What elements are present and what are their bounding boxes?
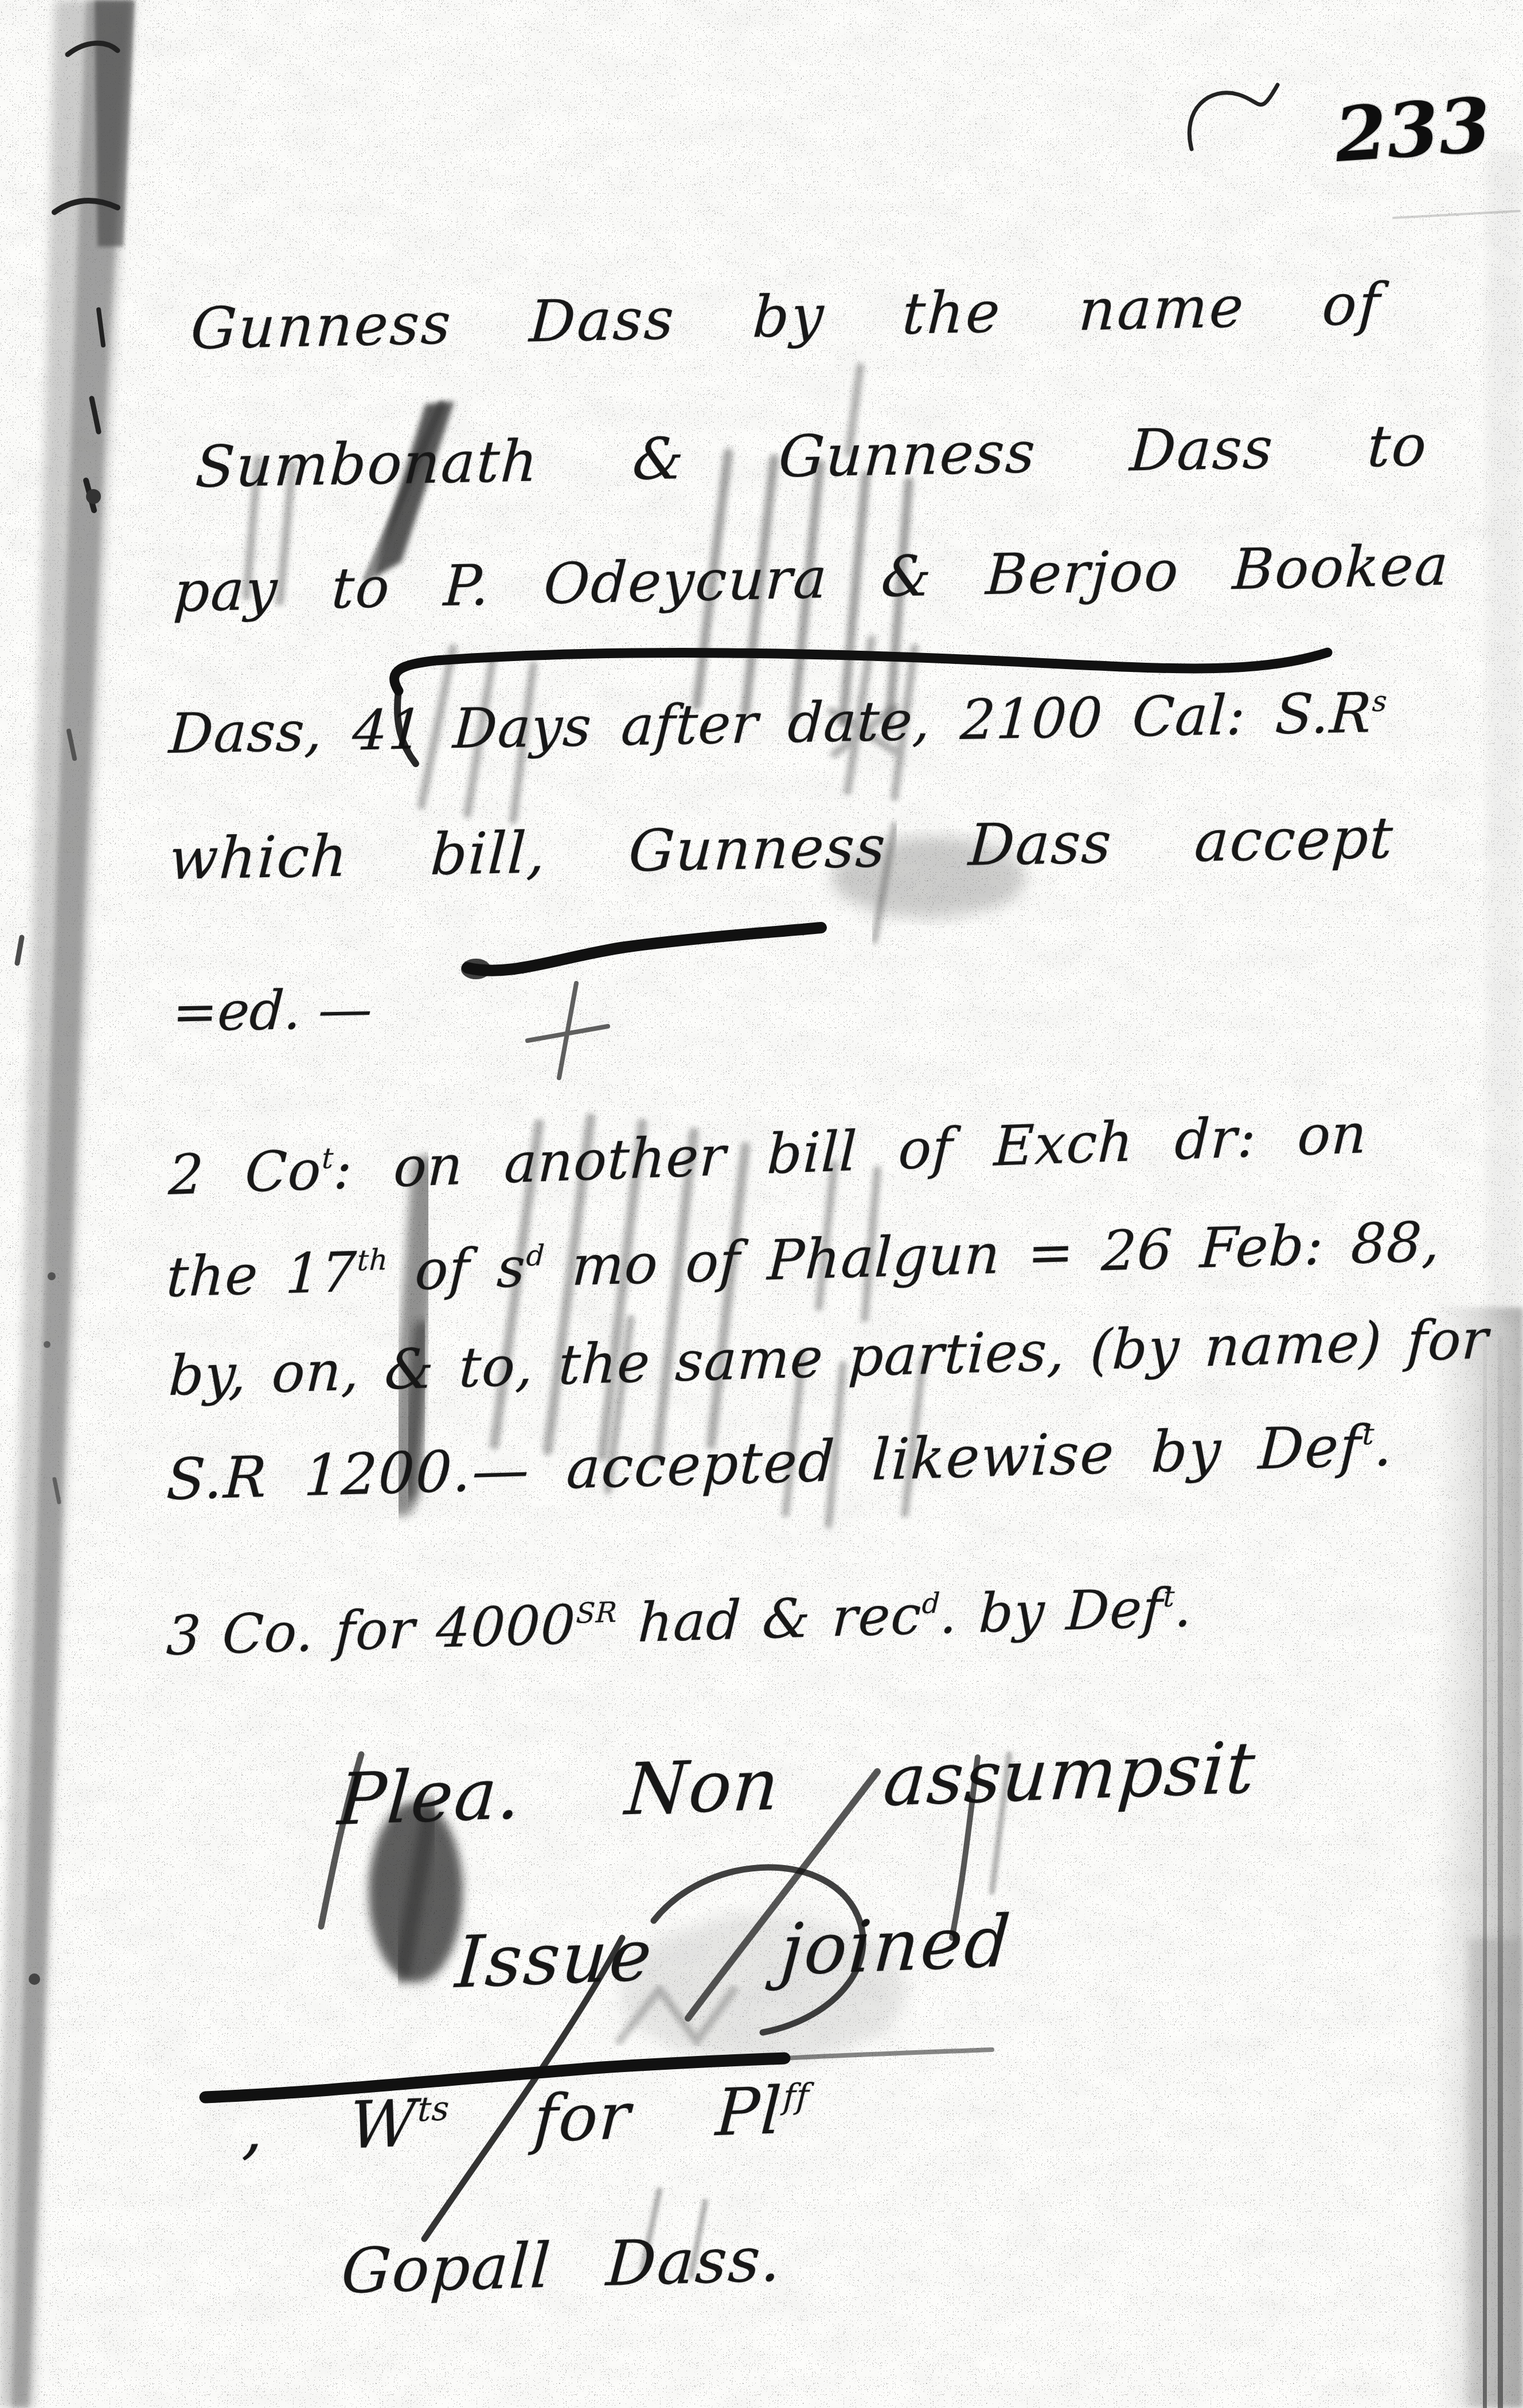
line-11-c: . by Def: [939, 1577, 1164, 1646]
manuscript-line-13: Issue joined: [453, 1900, 1014, 2004]
manuscript-line-12: Plea. Non assumpsit: [335, 1727, 1259, 1842]
underline-gunness-dass: [461, 928, 821, 979]
corner-squiggle-mark: [1189, 85, 1278, 149]
manuscript-line-7: 2 Cot: on another bill of Exch dr: on: [167, 1101, 1368, 1207]
line-10-sup-t: t: [1362, 1417, 1376, 1452]
line-8-sup-th: th: [357, 1243, 389, 1277]
manuscript-page: 233 Gunness Dass by the name of Sumbonat…: [0, 0, 1523, 2408]
binding-stitch-marks: [54, 43, 118, 1502]
line-14-a: , W: [241, 2085, 419, 2167]
line-7-superscript: t: [321, 1142, 334, 1175]
page-number: 233: [1332, 81, 1493, 179]
manuscript-line-5: which bill, Gunness Dass accept: [167, 804, 1395, 893]
manuscript-line-4: Dass, 41 Days after date, 2100 Cal: S.Rs: [167, 681, 1389, 766]
line-14-sup-ts: ts: [417, 2088, 451, 2129]
manuscript-line-9: by, on, & to, the same parties, (by name…: [167, 1307, 1490, 1408]
manuscript-line-1: Gunness Dass by the name of: [189, 270, 1383, 362]
line-8-b: of s: [386, 1235, 527, 1303]
line-11-period: .: [1173, 1577, 1193, 1640]
plus-mark: [528, 983, 608, 1078]
line-8-a: the 17: [165, 1240, 358, 1309]
manuscript-line-6: =ed. —: [171, 978, 374, 1044]
line-11-sup-sr: SR: [575, 1596, 618, 1630]
line-11-sup-t: t: [1163, 1580, 1176, 1613]
line-4-main: Dass, 41 Days after date, 2100 Cal: S.R: [167, 681, 1373, 766]
manuscript-line-14: , Wts for Plff: [241, 2071, 810, 2167]
line-11-a: 3 Co. for 4000: [165, 1594, 577, 1668]
line-8-sup-d: d: [525, 1238, 545, 1272]
manuscript-line-10: S.R 1200.— accepted likewise by Deft.: [165, 1413, 1395, 1513]
faint-dash-right: [1393, 211, 1520, 218]
line-14-sup-ff: ff: [782, 2075, 810, 2116]
manuscript-line-2: Sumbonath & Gunness Dass to: [194, 412, 1429, 501]
line-14-b: for Pl: [447, 2073, 784, 2160]
manuscript-line-3: pay to P. Odeycura & Berjoo Bookea: [172, 533, 1451, 625]
line-11-sup-d: d: [921, 1587, 942, 1620]
line-7-main: 2 Co: [167, 1137, 323, 1207]
line-4-superscript: s: [1372, 685, 1389, 718]
manuscript-line-15: Gopall Dass.: [339, 2223, 784, 2308]
right-edge-noise: [1434, 149, 1523, 2408]
manuscript-line-11: 3 Co. for 4000SR had & recd. by Deft.: [165, 1577, 1194, 1668]
line-10-main: S.R 1200.— accepted likewise by Def: [165, 1414, 1363, 1513]
line-11-b: had & rec: [616, 1584, 923, 1655]
manuscript-line-8: the 17th of sd mo of Phalgun = 26 Feb: 8…: [165, 1210, 1442, 1309]
left-gutter-shadow: [0, 0, 135, 2408]
line-7-rest: : on another bill of Exch dr: on: [333, 1101, 1368, 1202]
line-10-period: .: [1373, 1413, 1395, 1479]
line-8-c: mo of Phalgun = 26 Feb: 88,: [543, 1210, 1442, 1299]
